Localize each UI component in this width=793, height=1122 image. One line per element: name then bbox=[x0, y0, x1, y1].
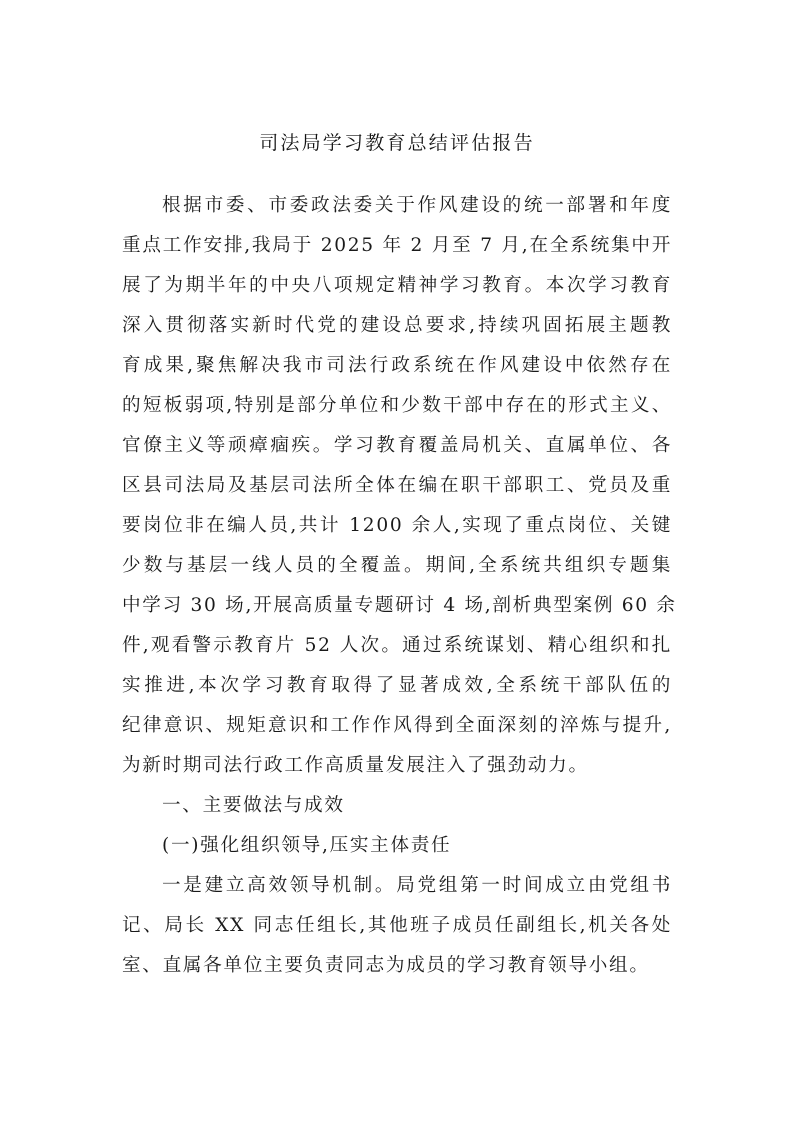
text-line: 官僚主义等顽瘴痼疾。学习教育覆盖局机关、直属单位、各 bbox=[122, 426, 672, 466]
heading-level-1: 一、主要做法与成效 bbox=[122, 786, 672, 826]
text-line: 中学习 30 场,开展高质量专题研讨 4 场,剖析典型案例 60 余 bbox=[122, 586, 672, 626]
heading-level-2: (一)强化组织领导,压实主体责任 bbox=[122, 826, 672, 866]
text-line: 的短板弱项,特别是部分单位和少数干部中存在的形式主义、 bbox=[122, 386, 672, 426]
paragraph-intro: 根据市委、市委政法委关于作风建设的统一部署和年度 重点工作安排,我局于 2025… bbox=[122, 186, 672, 786]
text-line: 重点工作安排,我局于 2025 年 2 月至 7 月,在全系统集中开 bbox=[122, 226, 672, 266]
text-line: 育成果,聚焦解决我市司法行政系统在作风建设中依然存在 bbox=[122, 346, 672, 386]
text-line: 室、直属各单位主要负责同志为成员的学习教育领导小组。 bbox=[122, 946, 672, 986]
text-line: 少数与基层一线人员的全覆盖。期间,全系统共组织专题集 bbox=[122, 546, 672, 586]
text-line: 深入贯彻落实新时代党的建设总要求,持续巩固拓展主题教 bbox=[122, 306, 672, 346]
paragraph-leadership: 一是建立高效领导机制。局党组第一时间成立由党组书 记、局长 XX 同志任组长,其… bbox=[122, 866, 672, 986]
text-line: 件,观看警示教育片 52 人次。通过系统谋划、精心组织和扎 bbox=[122, 626, 672, 666]
document-title: 司法局学习教育总结评估报告 bbox=[122, 128, 672, 158]
text-line: 根据市委、市委政法委关于作风建设的统一部署和年度 bbox=[122, 186, 672, 226]
text-line: 区县司法局及基层司法所全体在编在职干部职工、党员及重 bbox=[122, 466, 672, 506]
subsection-heading: (一)强化组织领导,压实主体责任 bbox=[122, 826, 672, 866]
text-line: 为新时期司法行政工作高质量发展注入了强劲动力。 bbox=[122, 746, 672, 786]
text-line: 记、局长 XX 同志任组长,其他班子成员任副组长,机关各处 bbox=[122, 906, 672, 946]
text-line: 展了为期半年的中央八项规定精神学习教育。本次学习教育 bbox=[122, 266, 672, 306]
text-line: 纪律意识、规矩意识和工作作风得到全面深刻的淬炼与提升, bbox=[122, 706, 672, 746]
text-line: 实推进,本次学习教育取得了显著成效,全系统干部队伍的 bbox=[122, 666, 672, 706]
section-heading: 一、主要做法与成效 bbox=[122, 786, 672, 826]
text-line: 要岗位非在编人员,共计 1200 余人,实现了重点岗位、关键 bbox=[122, 506, 672, 546]
document-page: 司法局学习教育总结评估报告 根据市委、市委政法委关于作风建设的统一部署和年度 重… bbox=[122, 128, 672, 986]
text-line: 一是建立高效领导机制。局党组第一时间成立由党组书 bbox=[122, 866, 672, 906]
